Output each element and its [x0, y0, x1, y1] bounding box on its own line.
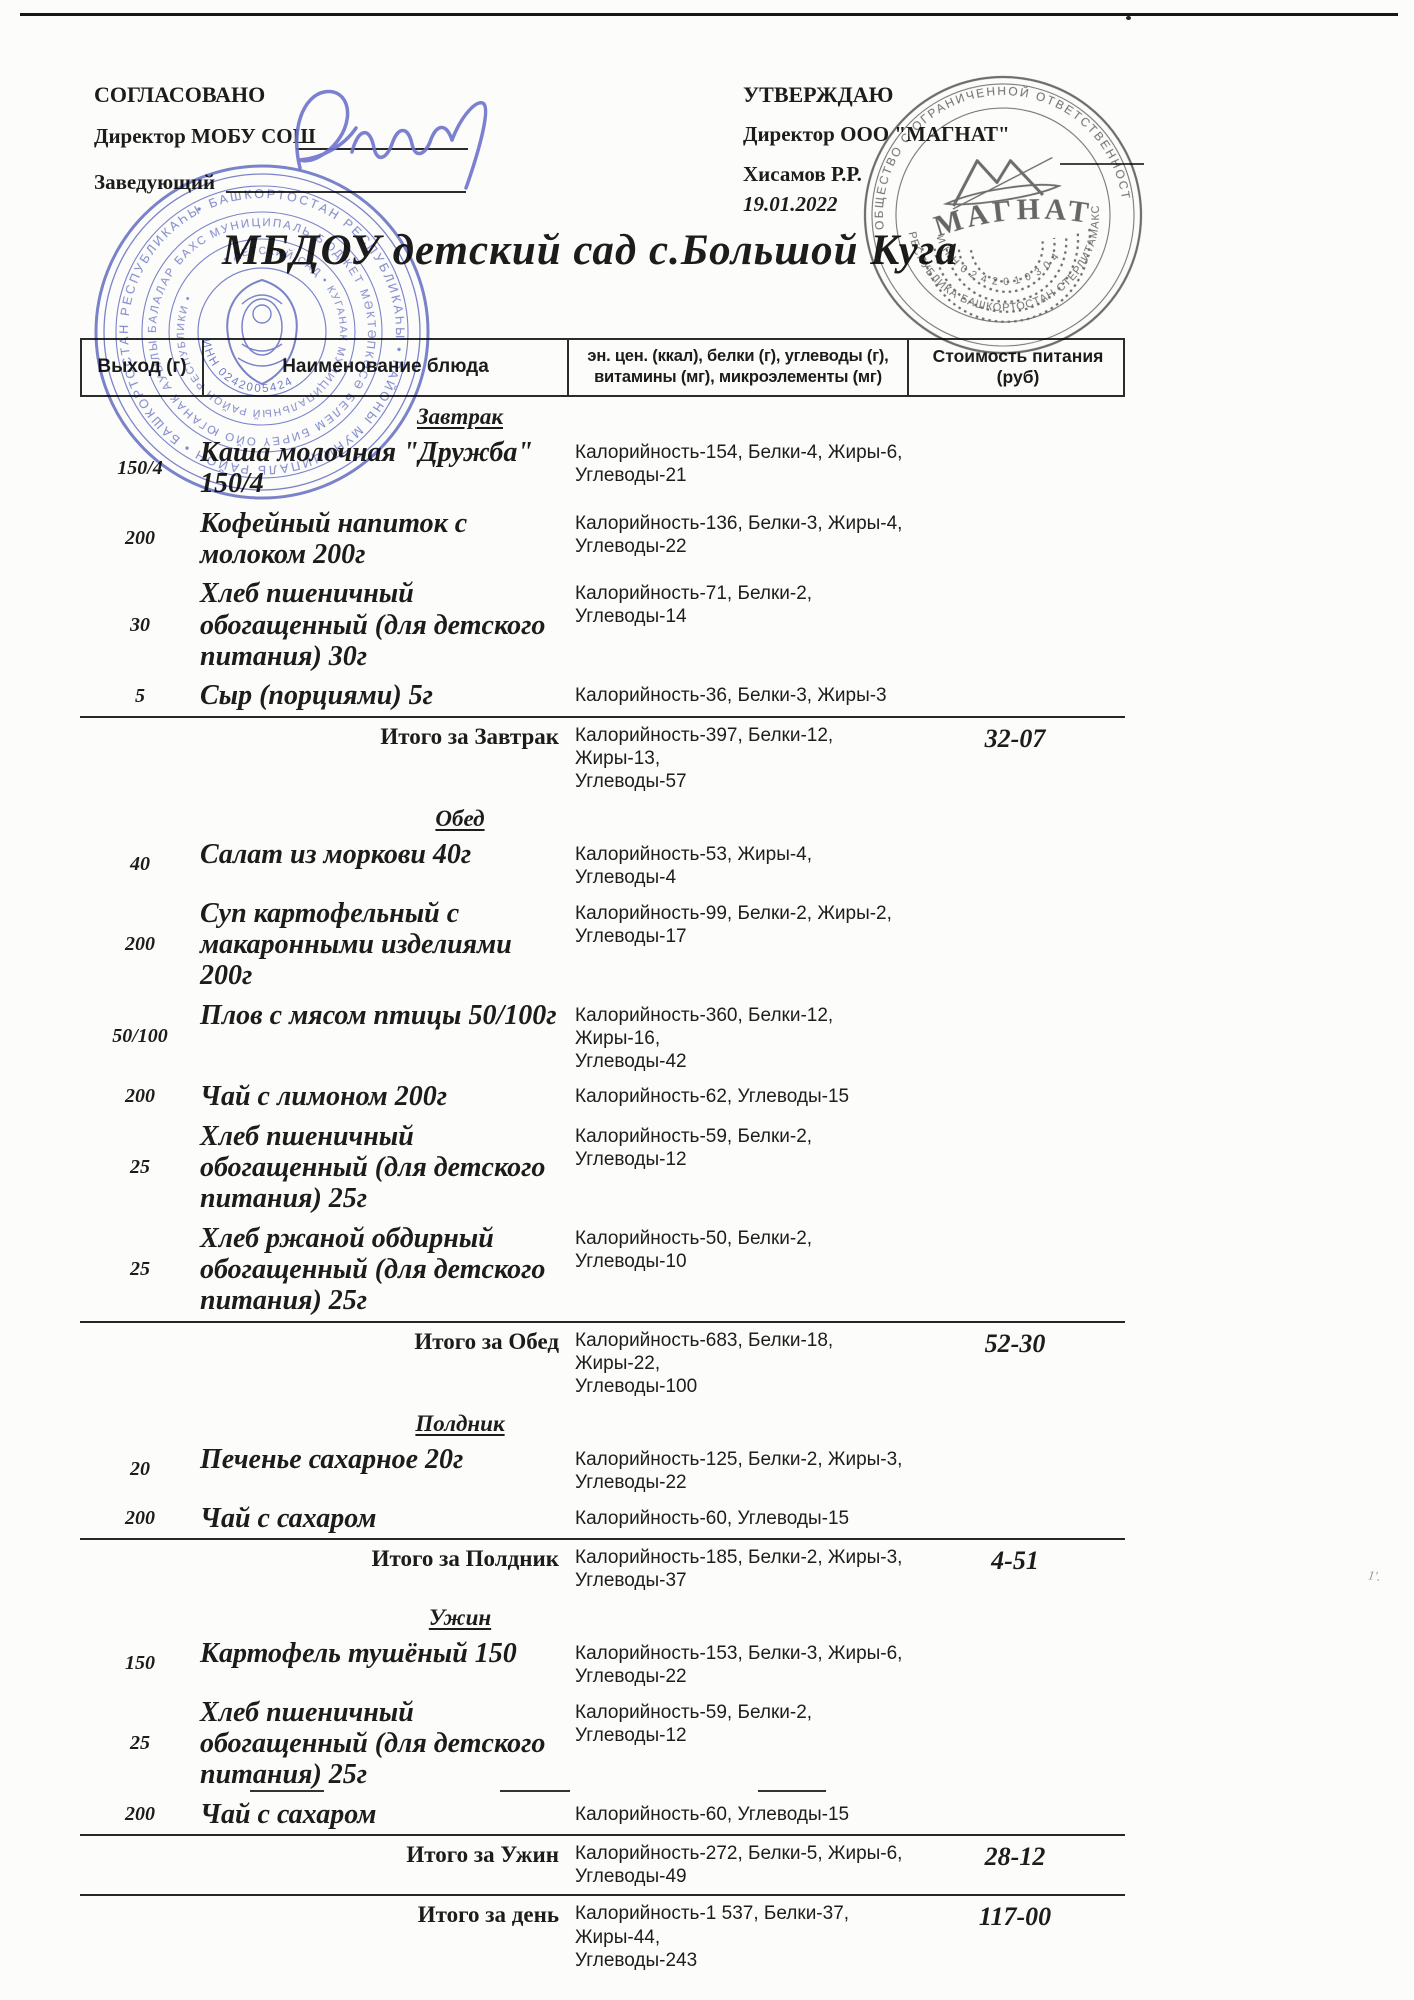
- menu-row: 25 Хлеб пшеничный обогащенный (для детск…: [80, 1693, 1125, 1795]
- portion-value: 200: [80, 1803, 200, 1826]
- portion-value: 20: [80, 1458, 200, 1481]
- section-total-row: Итого за Обед Калорийность-683, Белки-18…: [80, 1321, 1125, 1405]
- dish-name: Хлеб пшеничный обогащенный (для детского…: [200, 1697, 565, 1791]
- section-total-row: Итого за Завтрак Калорийность-397, Белки…: [80, 716, 1125, 800]
- approval-date: 19.01.2022: [743, 192, 838, 217]
- dish-name: Суп картофельный с макаронными изделиями…: [200, 898, 565, 992]
- menu-row: 200 Суп картофельный с макаронными издел…: [80, 894, 1125, 996]
- scan-dot-artifact: [1126, 16, 1131, 20]
- menu-row: 200 Чай с лимоном 200г Калорийность-62, …: [80, 1077, 1125, 1116]
- dish-cost: [905, 1081, 1125, 1112]
- dish-name: Салат из моркови 40г: [200, 839, 565, 889]
- section-total-label: Итого за Ужин: [80, 1838, 565, 1888]
- dish-name: Чай с лимоном 200г: [200, 1081, 565, 1112]
- dish-cost: [905, 1444, 1125, 1494]
- agreed-heading: СОГЛАСОВАНО: [94, 82, 265, 108]
- portion-value: 200: [80, 1507, 200, 1530]
- dish-nutrition: Калорийность-59, Белки-2, Углеводы-12: [565, 1697, 905, 1791]
- portion-value: 200: [80, 933, 200, 956]
- dish-name: Картофель тушёный 150: [200, 1638, 565, 1688]
- footer-blank-line: [758, 1790, 826, 1792]
- dish-name: Плов с мясом птицы 50/100г: [200, 1000, 565, 1074]
- section-total-row: Итого за Полдник Калорийность-185, Белки…: [80, 1538, 1125, 1598]
- dish-nutrition: Калорийность-59, Белки-2, Углеводы-12: [565, 1121, 905, 1215]
- day-total-cost: 117-00: [905, 1898, 1125, 1972]
- day-total-label: Итого за день: [80, 1898, 565, 1972]
- section-total-nutrition: Калорийность-397, Белки-12, Жиры-13, Угл…: [565, 720, 905, 794]
- menu-row: 30 Хлеб пшеничный обогащенный (для детск…: [80, 574, 1125, 676]
- scan-edge-mark: 1'.: [1367, 1567, 1382, 1585]
- dish-nutrition: Калорийность-360, Белки-12, Жиры-16, Угл…: [565, 1000, 905, 1074]
- dish-nutrition: Калорийность-99, Белки-2, Жиры-2, Углево…: [565, 898, 905, 992]
- dish-name: Печенье сахарное 20г: [200, 1444, 565, 1494]
- portion-value: 200: [80, 527, 200, 550]
- school-coat-of-arms: [198, 268, 326, 396]
- dish-nutrition: Калорийность-53, Жиры-4, Углеводы-4: [565, 839, 905, 889]
- section-total-cost: 32-07: [905, 720, 1125, 794]
- dish-cost: [905, 1503, 1125, 1534]
- dish-name: Сыр (порциями) 5г: [200, 680, 565, 711]
- portion-value: 25: [80, 1732, 200, 1755]
- menu-row: 25 Хлеб пшеничный обогащенный (для детск…: [80, 1117, 1125, 1219]
- menu-row: 5 Сыр (порциями) 5г Калорийность-36, Бел…: [80, 676, 1125, 715]
- day-total-nutrition: Калорийность-1 537, Белки-37, Жиры-44, У…: [565, 1898, 905, 1972]
- school-stamp-mid-ring-text: МУНИЦИПАЛЬ БЮДЖЕТ МӘКТӘПКӘСӘ БЕЛЕМ БИРЕҮ…: [92, 162, 418, 502]
- school-stamp-outer-ring-text: • БАШКОРТОСТАН РЕСПУБЛИКАҺЫ • РАЙОНЫ МУН…: [92, 162, 432, 502]
- menu-row: 50/100 Плов с мясом птицы 50/100г Калори…: [80, 996, 1125, 1078]
- school-round-stamp: • БАШКОРТОСТАН РЕСПУБЛИКАҺЫ • РАЙОНЫ МУН…: [92, 162, 432, 502]
- school-stamp-inner-ring-text: • ДЕТСКИЙ САД • КУГАНАК МУНИЦИПАЛЬНЫЙ РА…: [144, 214, 379, 449]
- section-total-cost: 28-12: [905, 1838, 1125, 1888]
- section-total-cost: 52-30: [905, 1325, 1125, 1399]
- menu-row: 40 Салат из моркови 40г Калорийность-53,…: [80, 835, 1125, 893]
- section-header-lunch: Обед: [80, 806, 840, 832]
- section-total-label: Итого за Завтрак: [80, 720, 565, 794]
- dish-nutrition: Калорийность-71, Белки-2, Углеводы-14: [565, 578, 905, 672]
- menu-row: 200 Чай с сахаром Калорийность-60, Углев…: [80, 1499, 1125, 1538]
- portion-value: 200: [80, 1085, 200, 1108]
- section-total-row: Итого за Ужин Калорийность-272, Белки-5,…: [80, 1834, 1125, 1894]
- dish-name: Хлеб пшеничный обогащенный (для детского…: [200, 1121, 565, 1215]
- menu-row: 200 Чай с сахаром Калорийность-60, Углев…: [80, 1795, 1125, 1834]
- portion-value: 40: [80, 853, 200, 876]
- dish-nutrition: Калорийность-154, Белки-4, Жиры-6, Углев…: [565, 437, 905, 500]
- menu-table: Выход (г) Наименование блюда эн. цен. (к…: [80, 338, 1125, 1978]
- dish-cost: [905, 839, 1125, 889]
- dish-name: Кофейный напиток с молоком 200г: [200, 508, 565, 571]
- dish-nutrition: Калорийность-153, Белки-3, Жиры-6, Углев…: [565, 1638, 905, 1688]
- dish-cost: [905, 898, 1125, 992]
- dish-cost: [905, 1000, 1125, 1074]
- dish-cost: [905, 578, 1125, 672]
- dish-cost: [905, 508, 1125, 571]
- dish-cost: [905, 680, 1125, 711]
- column-header-nutrition: эн. цен. (ккал), белки (г), углеводы (г)…: [567, 340, 907, 395]
- section-total-nutrition: Калорийность-683, Белки-18, Жиры-22, Угл…: [565, 1325, 905, 1399]
- menu-row: 25 Хлеб ржаной обдирный обогащенный (для…: [80, 1219, 1125, 1321]
- dish-cost: [905, 1799, 1125, 1830]
- footer-blank-line: [250, 1790, 324, 1792]
- portion-value: 5: [80, 685, 200, 708]
- scanned-menu-document: 1'. СОГЛАСОВАНО Директор МОБУ СОШ Заведу…: [0, 0, 1414, 2000]
- dish-nutrition: Калорийность-36, Белки-3, Жиры-3: [565, 680, 905, 711]
- portion-value: 25: [80, 1156, 200, 1179]
- section-total-nutrition: Калорийность-185, Белки-2, Жиры-3, Углев…: [565, 1542, 905, 1592]
- dish-nutrition: Калорийность-60, Углеводы-15: [565, 1503, 905, 1534]
- dish-name: Хлеб пшеничный обогащенный (для детского…: [200, 578, 565, 672]
- menu-row: 150 Картофель тушёный 150 Калорийность-1…: [80, 1634, 1125, 1692]
- agreed-director-label: Директор МОБУ СОШ: [94, 124, 316, 149]
- menu-row: 200 Кофейный напиток с молоком 200г Кало…: [80, 504, 1125, 575]
- dish-nutrition: Калорийность-62, Углеводы-15: [565, 1081, 905, 1112]
- dish-nutrition: Калорийность-60, Углеводы-15: [565, 1799, 905, 1830]
- company-stamp-name: МАГНАТ: [929, 184, 1098, 249]
- dish-name: Хлеб ржаной обдирный обогащенный (для де…: [200, 1223, 565, 1317]
- dish-nutrition: Калорийность-125, Белки-2, Жиры-3, Углев…: [565, 1444, 905, 1494]
- dish-cost: [905, 437, 1125, 500]
- footer-blank-line: [500, 1790, 570, 1792]
- section-total-label: Итого за Полдник: [80, 1542, 565, 1592]
- dish-name: Чай с сахаром: [200, 1799, 565, 1830]
- dish-nutrition: Калорийность-136, Белки-3, Жиры-4, Углев…: [565, 508, 905, 571]
- approver-name: Хисамов Р.Р.: [743, 162, 862, 187]
- section-total-cost: 4-51: [905, 1542, 1125, 1592]
- dish-cost: [905, 1223, 1125, 1317]
- menu-row: 20 Печенье сахарное 20г Калорийность-125…: [80, 1440, 1125, 1498]
- director-signature-line: [296, 148, 468, 150]
- dish-cost: [905, 1121, 1125, 1215]
- portion-value: 150: [80, 1652, 200, 1675]
- dish-cost: [905, 1638, 1125, 1688]
- section-total-nutrition: Калорийность-272, Белки-5, Жиры-6, Углев…: [565, 1838, 905, 1888]
- section-header-snack: Полдник: [80, 1411, 840, 1437]
- dish-cost: [905, 1697, 1125, 1791]
- section-total-label: Итого за Обед: [80, 1325, 565, 1399]
- scan-top-edge-line: [20, 13, 1398, 16]
- day-total-row: Итого за день Калорийность-1 537, Белки-…: [80, 1894, 1125, 1978]
- portion-value: 25: [80, 1258, 200, 1281]
- portion-value: 50/100: [80, 1025, 200, 1048]
- company-round-stamp: ОБЩЕСТВО С ОГРАНИЧЕННОЙ ОТВЕТСТВЕННОСТЬЮ…: [858, 70, 1148, 360]
- dish-name: Чай с сахаром: [200, 1503, 565, 1534]
- portion-value: 30: [80, 614, 200, 637]
- dish-nutrition: Калорийность-50, Белки-2, Углеводы-10: [565, 1223, 905, 1317]
- section-header-dinner: Ужин: [80, 1605, 840, 1631]
